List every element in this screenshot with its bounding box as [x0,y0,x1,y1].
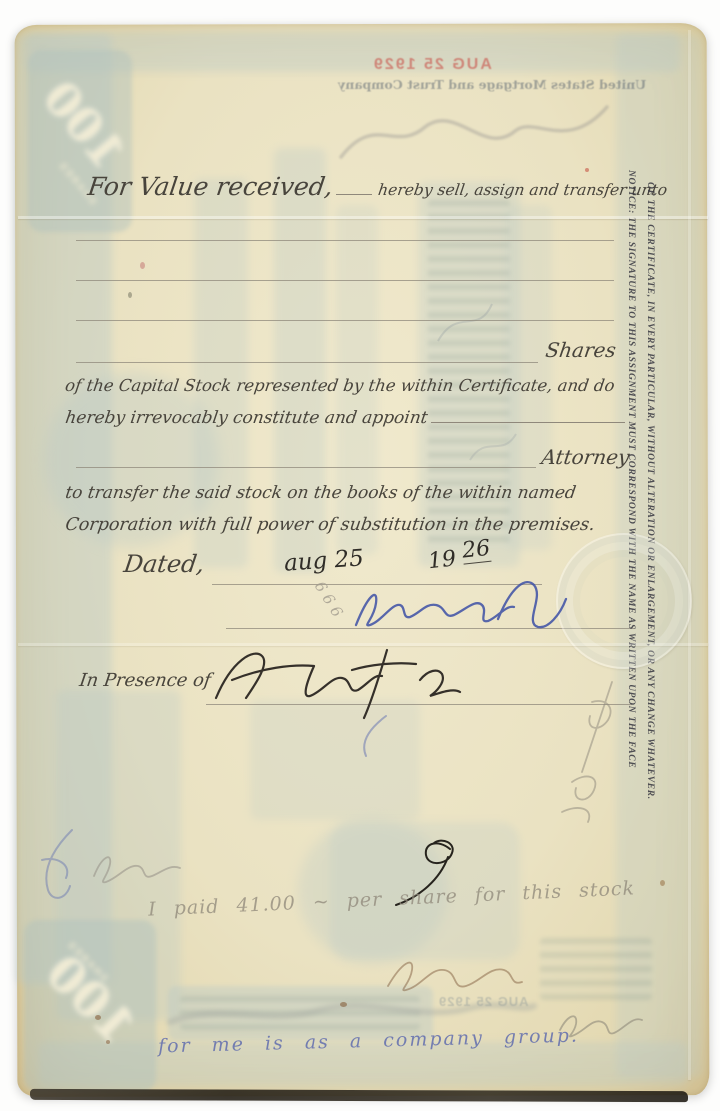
opening-phrase: For Value received, [86,172,335,201]
show-through-agent-text [540,938,652,1000]
blue-pencil-mark [352,712,392,760]
rust-stain [140,262,145,269]
clause-line-2: hereby irrevocably constitute and appoin… [64,408,429,428]
shares-rule [76,362,538,363]
rust-stain [340,1002,347,1007]
scanned-stock-certificate-back: 100 SHARES SHARES 100 AUG 25 1929 United… [0,0,720,1111]
attorney-label: Attorney [540,445,631,469]
officer-signature-blue-ink [348,575,573,635]
rust-stain [95,1015,101,1020]
embossed-corporate-seal [556,533,692,669]
transfer-line-2: Corporation with full power of substitut… [64,515,596,535]
clause-line-2-row: hereby irrevocably constitute and appoin… [64,406,630,428]
share-count-mark: 100 [35,945,145,1055]
show-through-date-stamp-bottom: AUG 25 1929 [438,994,529,1009]
rust-stain [106,1040,110,1044]
blank-rule [76,280,614,281]
blue-pencil-scribble-left-margin [22,820,92,910]
fold-crease-vertical [688,30,691,1080]
fold-crease [18,216,708,219]
show-through-signature [335,95,615,170]
clause-line-1: of the Capital Stock represented by the … [64,376,616,395]
blank-rule [76,240,614,241]
rust-stain [660,880,665,886]
pencil-scribble-right-margin [542,672,634,832]
corner-block-top-left: 100 SHARES [28,50,132,232]
shares-label: Shares [544,338,618,362]
presence-label: In Presence of [78,670,212,691]
dated-label: Dated, [122,550,206,578]
red-date-stamp: AUG 25 1929 [372,56,492,74]
show-through-script-mark [428,296,498,351]
opening-line: For Value received, hereby sell, assign … [86,172,666,201]
handwritten-date: aug 25 [283,545,364,577]
attorney-rule [76,467,536,468]
rust-stain [128,292,132,298]
pencil-word-scribble [88,842,188,890]
rust-stain [585,168,589,172]
witness-signature-ink [202,640,467,720]
name-blank [336,178,372,195]
paper-edge-tear-shadow [30,1089,688,1102]
corner-block-bottom-left: SHARES 100 [24,920,156,1092]
year-prefix: 19 [427,546,457,574]
attorney-blank [431,406,625,423]
share-count-mark: 100 [32,71,135,179]
transfer-line-1: to transfer the said stock on the books … [64,483,577,503]
fold-crease [18,643,708,646]
show-through-column [274,148,326,573]
year-suffix: 26 [461,536,492,565]
trust-company-stamp: United States Mortgage and Trust Company [338,77,646,92]
show-through-script-mark [462,428,522,468]
margin-notice-line-2: OF THE CERTIFICATE, IN EVERY PARTICULAR,… [643,182,656,800]
blank-rule [76,320,614,321]
